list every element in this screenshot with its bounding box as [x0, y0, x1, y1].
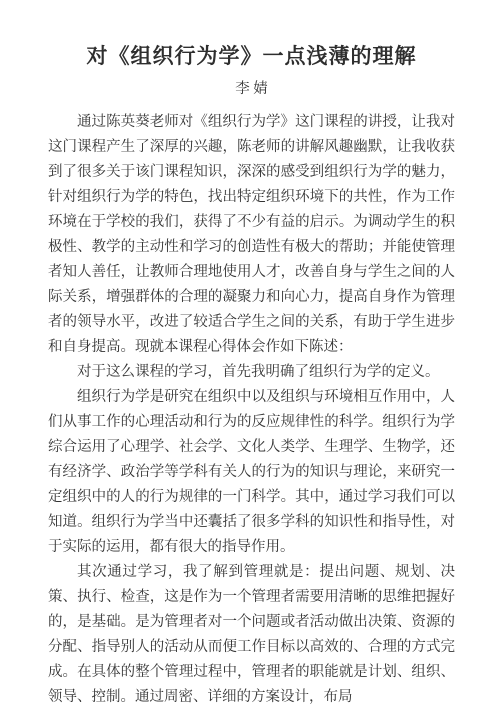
document-title: 对《组织行为学》一点浅薄的理解	[48, 42, 455, 70]
document-body: 通过陈英葵老师对《组织行为学》这门课程的讲授，让我对这门课程产生了深厚的兴趣，陈…	[48, 110, 455, 708]
document-page: 对《组织行为学》一点浅薄的理解 李 婧 通过陈英葵老师对《组织行为学》这门课程的…	[0, 0, 500, 708]
paragraph-intro: 通过陈英葵老师对《组织行为学》这门课程的讲授，让我对这门课程产生了深厚的兴趣，陈…	[48, 110, 455, 360]
paragraph-management: 其次通过学习，我了解到管理就是：提出问题、规划、决策、执行、检查，这是作为一个管…	[48, 560, 455, 708]
paragraph-definition-lead: 对于这么课程的学习，首先我明确了组织行为学的定义。	[48, 360, 455, 385]
document-author: 李 婧	[48, 78, 455, 100]
paragraph-definition: 组织行为学是研究在组织中以及组织与环境相互作用中，人们从事工作的心理活动和行为的…	[48, 385, 455, 560]
